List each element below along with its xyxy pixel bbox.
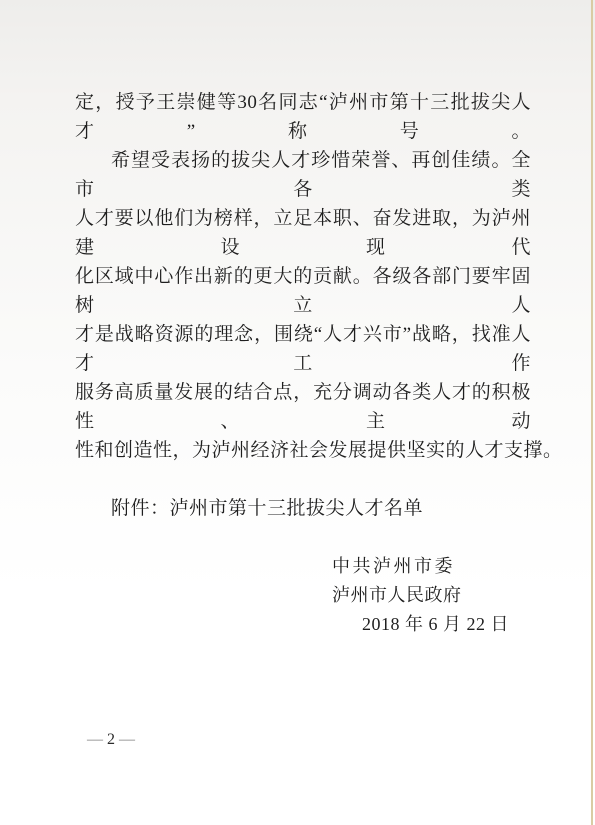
document-text-column: 定，授予王崇健等30名同志“泸州市第十三批拔尖人才”称号。 希望受表扬的拔尖人才… [75,88,531,639]
signature-org-party-committee: 中共泸州市委 [332,552,531,581]
body-line-4: 化区域中心作出新的更大的贡献。各级各部门要牢固树立人 [75,262,531,320]
scan-edge-line [591,0,593,825]
page-number-value: 2 [107,731,115,748]
signature-org-municipal-government: 泸州市人民政府 [332,581,531,610]
body-line-5: 才是战略资源的理念，围绕“人才兴市”战略，找准人才工作 [75,320,531,378]
body-line-3: 人才要以他们为榜样，立足本职、奋发进取，为泸州建设现代 [75,204,531,262]
body-line-2: 希望受表扬的拔尖人才珍惜荣誉、再创佳绩。全市各类 [75,146,531,204]
body-line-6: 服务高质量发展的结合点，充分调动各类人才的积极性、主动 [75,378,531,436]
page-number-dash-right: — [115,731,139,748]
page-number-dash-left: — [83,731,107,748]
signature-date: 2018 年 6 月 22 日 [362,610,531,639]
page-number: —2— [83,731,139,749]
document-page: 定，授予王崇健等30名同志“泸州市第十三批拔尖人才”称号。 希望受表扬的拔尖人才… [0,0,595,825]
attachment-line: 附件：泸州市第十三批拔尖人才名单 [75,494,531,523]
body-line-1: 定，授予王崇健等30名同志“泸州市第十三批拔尖人才”称号。 [75,88,531,146]
body-line-7: 性和创造性，为泸州经济社会发展提供坚实的人才支撑。 [75,436,531,465]
signature-block: 中共泸州市委 泸州市人民政府 2018 年 6 月 22 日 [75,552,531,639]
